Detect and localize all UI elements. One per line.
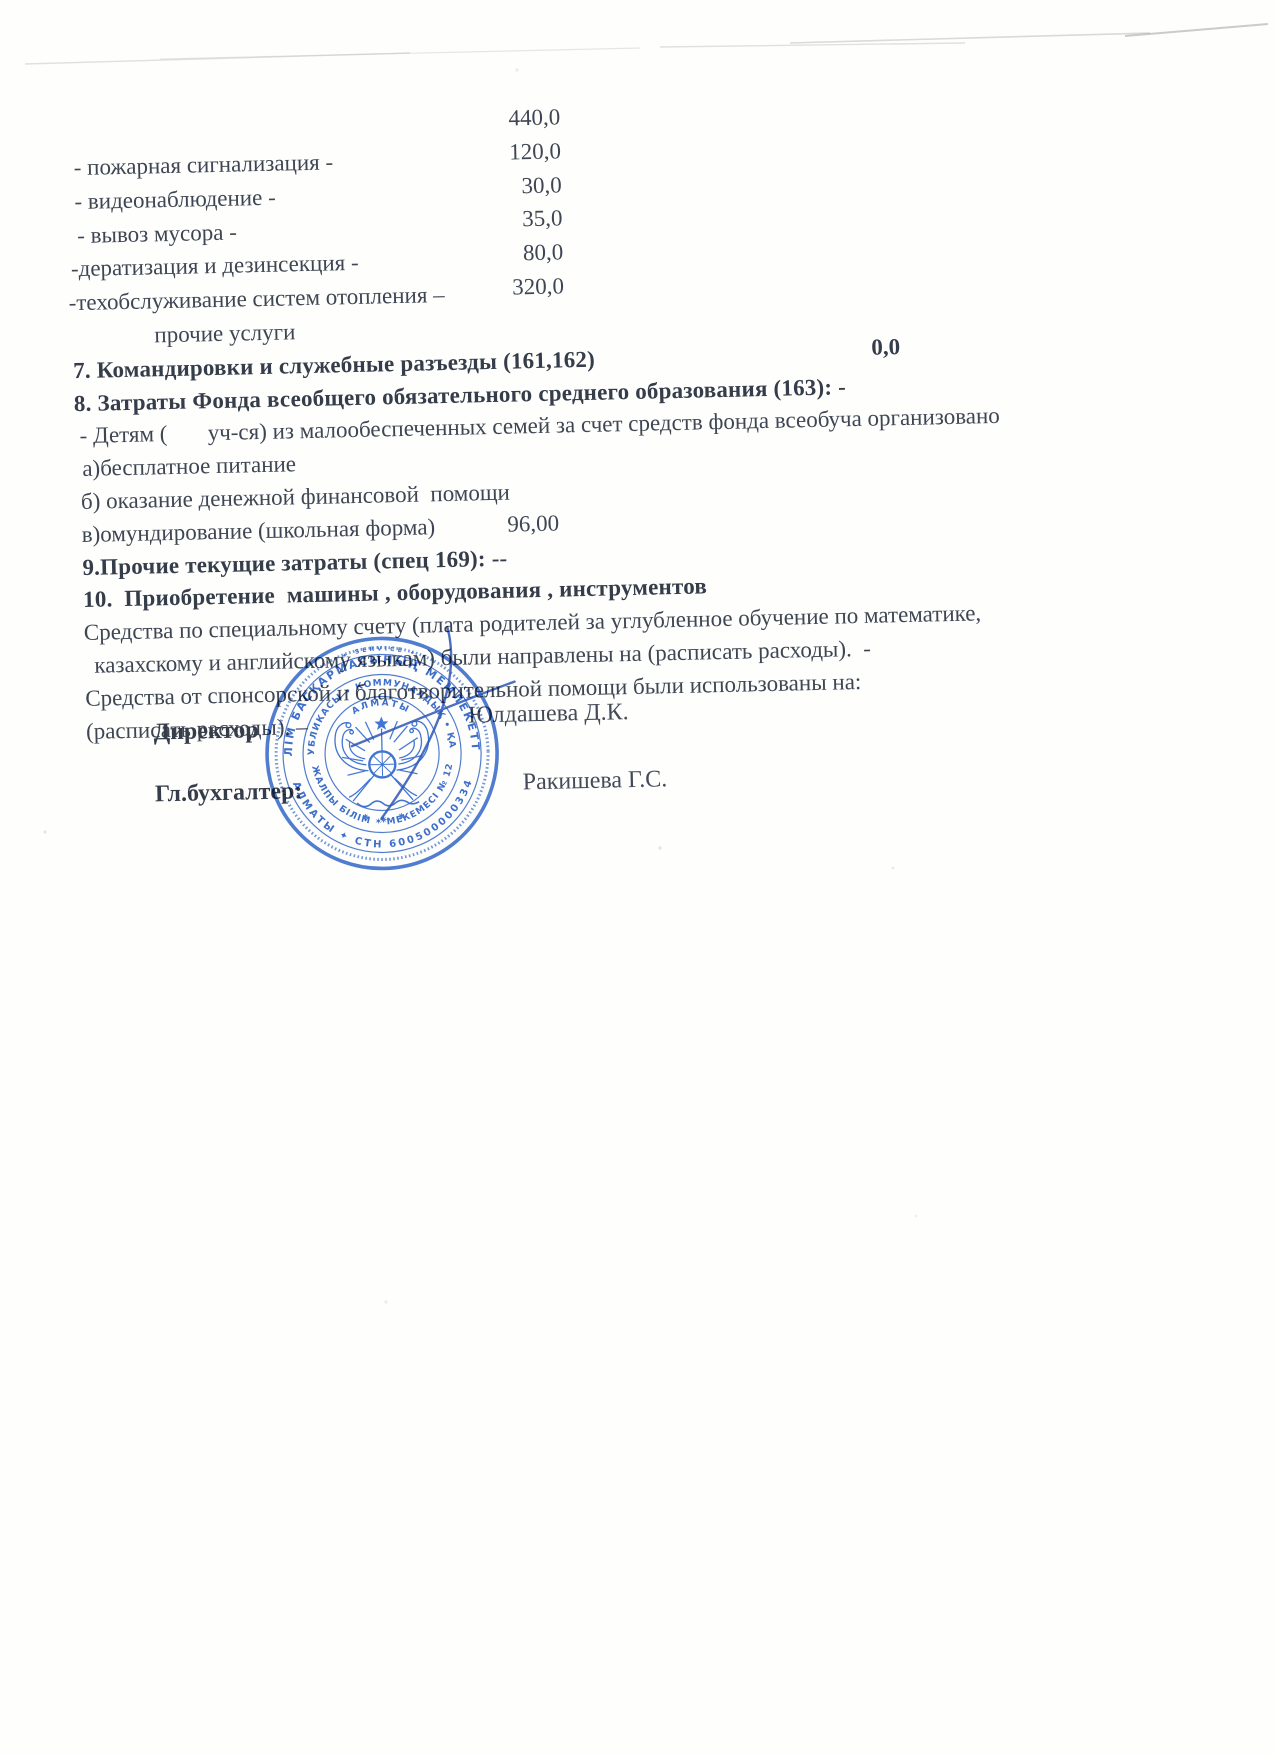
stamp-inner-ring-top-text: РЕСПУБЛИКАСЫ • КОММУНАЛДЫҚ • ҚАЛАСЫ	[244, 612, 457, 757]
kazakhstan-emblem-icon	[335, 715, 431, 823]
document-body: - пожарная сигнализация - 440,0 - видеон…	[30, 86, 1226, 844]
official-stamp: ✦ SERVICE ✦ БІЛІМ БАСҚАРМАСЫНЫҢ МЕМЛЕКЕТ…	[249, 616, 585, 913]
expense-item-value: 440,0	[450, 104, 561, 132]
section-9-value: 96,00	[469, 510, 560, 538]
svg-text:РЕСПУБЛИКАСЫ • КОММУНАЛДЫҚ • Қ: РЕСПУБЛИКАСЫ • КОММУНАЛДЫҚ • ҚАЛАСЫ	[244, 612, 457, 757]
section-8-value: 0,0	[871, 334, 900, 361]
expense-item-value: 35,0	[452, 206, 563, 234]
expense-item-value: 120,0	[451, 138, 562, 166]
expense-item-value: 320,0	[454, 273, 565, 301]
expense-item-value: 80,0	[453, 240, 564, 268]
document-page: - пожарная сигнализация - 440,0 - видеон…	[0, 0, 1275, 1754]
expense-item-value: 30,0	[451, 172, 562, 200]
director-label: Директор	[153, 718, 259, 746]
star-icon	[374, 716, 388, 730]
